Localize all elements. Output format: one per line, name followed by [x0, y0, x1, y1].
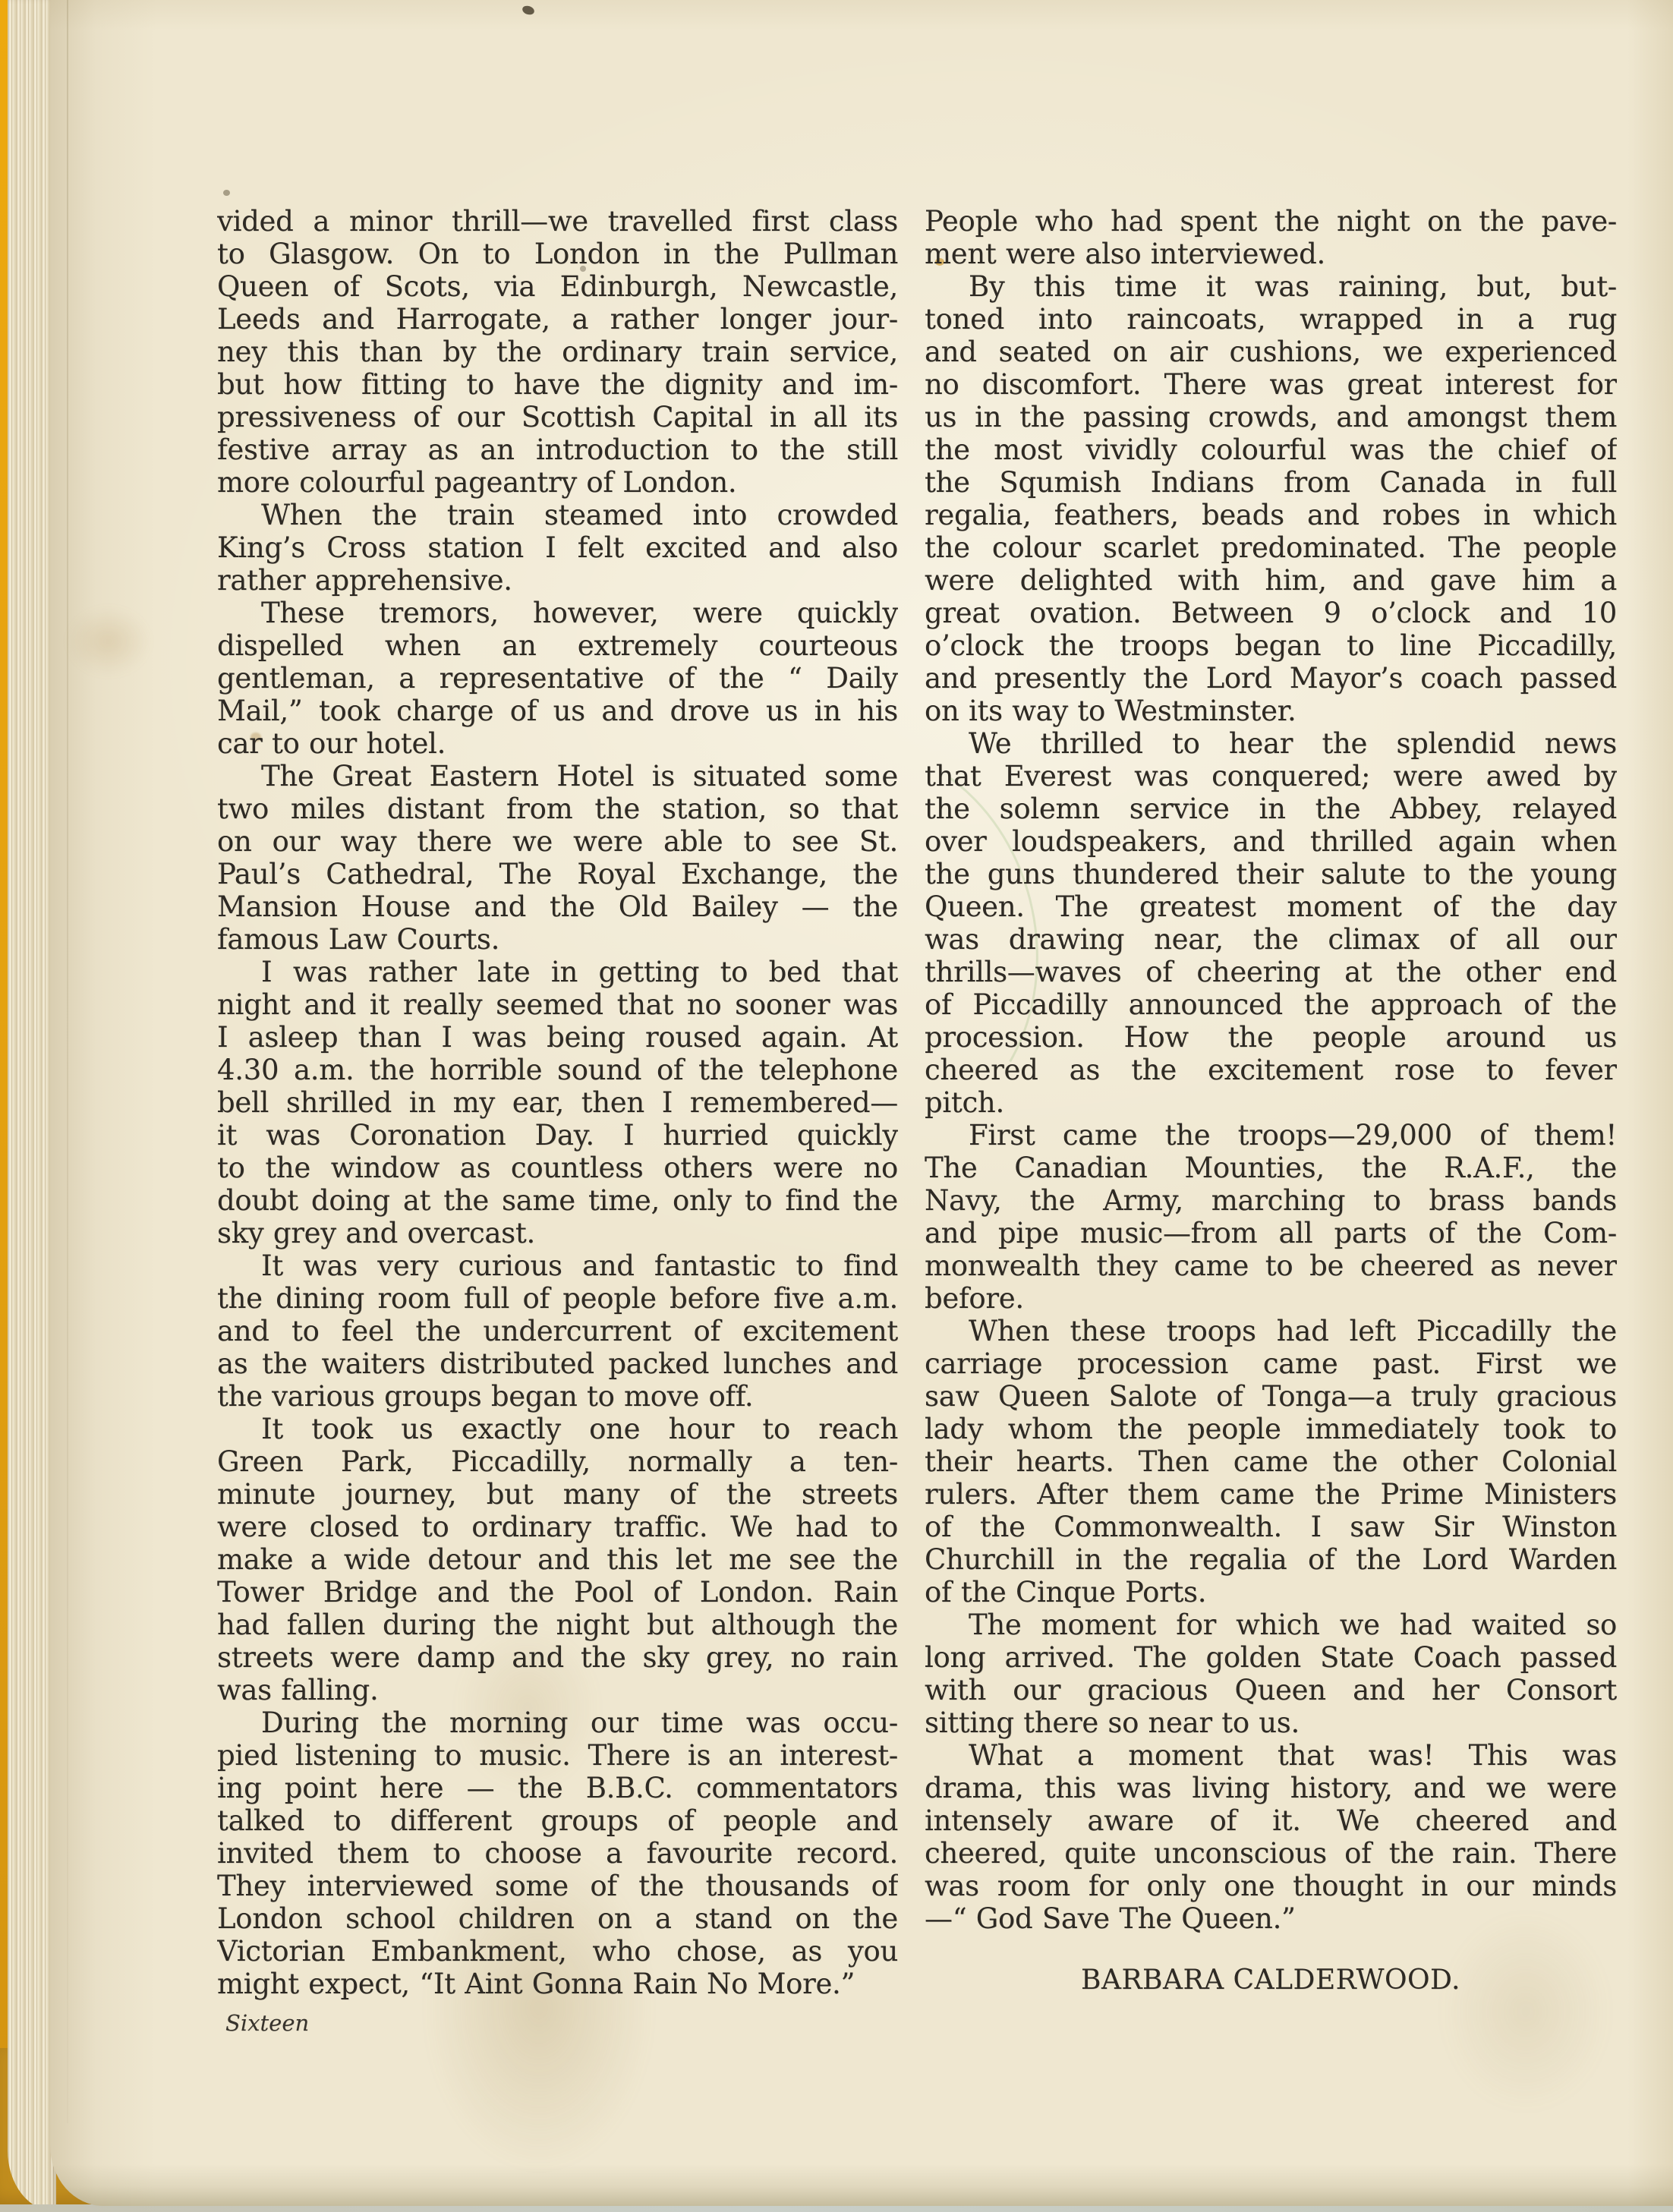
text-line: What a moment that was! This was [925, 1739, 1617, 1772]
text-line: on its way to Westminster. [925, 695, 1617, 727]
text-line: to Glasgow. On to London in the Pullman [217, 238, 898, 270]
text-line: The Great Eastern Hotel is situated some [217, 760, 898, 792]
paragraph: These tremors, however, were quicklydisp… [217, 597, 898, 760]
text-line: Victorian Embankment, who chose, as you [217, 1935, 898, 1968]
text-line: When the train steamed into crowded [217, 499, 898, 531]
text-line: was drawing near, the climax of all our [925, 923, 1617, 956]
text-line: intensely aware of it. We cheered and [925, 1804, 1617, 1837]
text-line: thrills—waves of cheering at the other e… [925, 956, 1617, 988]
text-line: King’s Cross station I felt excited and … [217, 531, 898, 564]
text-line: more colourful pageantry of London. [217, 466, 898, 499]
text-line: ing point here — the B.B.C. commentators [217, 1772, 898, 1804]
text-line: and to feel the undercurrent of exciteme… [217, 1315, 898, 1347]
text-line: were delighted with him, and gave him a [925, 564, 1617, 597]
text-line: Leeds and Harrogate, a rather longer jou… [217, 303, 898, 336]
text-line: Green Park, Piccadilly, normally a ten- [217, 1445, 898, 1478]
text-line: The moment for which we had waited so [925, 1609, 1617, 1641]
text-line: I was rather late in getting to bed that [217, 956, 898, 988]
text-line: rather apprehensive. [217, 564, 898, 597]
paragraph: vided a minor thrill—we travelled first … [217, 205, 898, 499]
text-line: famous Law Courts. [217, 923, 898, 956]
text-line: rulers. After them came the Prime Minist… [925, 1478, 1617, 1511]
text-line: was room for only one thought in our min… [925, 1870, 1617, 1902]
text-line: the various groups began to move off. [217, 1380, 898, 1413]
text-line: it was Coronation Day. I hurried quickly [217, 1119, 898, 1152]
text-line: bell shrilled in my ear, then I remember… [217, 1086, 898, 1119]
text-line: of the Commonwealth. I saw Sir Winston [925, 1511, 1617, 1543]
text-line: the dining room full of people before fi… [217, 1282, 898, 1315]
text-line: their hearts. Then came the other Coloni… [925, 1445, 1617, 1478]
text-line: of Piccadilly announced the approach of … [925, 988, 1617, 1021]
paragraph: During the morning our time was occu-pie… [217, 1706, 898, 2000]
text-line: Paul’s Cathedral, The Royal Exchange, th… [217, 858, 898, 890]
text-line: Mail,” took charge of us and drove us in… [217, 695, 898, 727]
text-line: Queen. The greatest moment of the day [925, 890, 1617, 923]
text-line: First came the troops—29,000 of them! [925, 1119, 1617, 1152]
paragraph: The moment for which we had waited solon… [925, 1609, 1617, 1739]
text-line: before. [925, 1282, 1617, 1315]
text-line: During the morning our time was occu- [217, 1706, 898, 1739]
text-line: great ovation. Between 9 o’clock and 10 [925, 597, 1617, 629]
text-line: —“ God Save The Queen.” [925, 1902, 1617, 1935]
text-line: on our way there we were able to see St. [217, 825, 898, 858]
text-line: London school children on a stand on the [217, 1902, 898, 1935]
text-line: By this time it was raining, but, but- [925, 270, 1617, 303]
text-line: The Canadian Mounties, the R.A.F., the [925, 1152, 1617, 1184]
text-line: Tower Bridge and the Pool of London. Rai… [217, 1576, 898, 1609]
text-line: vided a minor thrill—we travelled first … [217, 205, 898, 238]
text-line: the most vividly colourful was the chief… [925, 433, 1617, 466]
text-line: Mansion House and the Old Bailey — the [217, 890, 898, 923]
text-line: over loudspeakers, and thrilled again wh… [925, 825, 1617, 858]
text-line: lady whom the people immediately took to [925, 1413, 1617, 1445]
text-line: us in the passing crowds, and amongst th… [925, 401, 1617, 433]
text-line: When these troops had left Piccadilly th… [925, 1315, 1617, 1347]
text-line: of the Cinque Ports. [925, 1576, 1617, 1609]
text-line: Queen of Scots, via Edinburgh, Newcastle… [217, 270, 898, 303]
text-line: saw Queen Salote of Tonga—a truly gracio… [925, 1380, 1617, 1413]
text-line: to the window as countless others were n… [217, 1152, 898, 1184]
text-line: It was very curious and fantastic to fin… [217, 1249, 898, 1282]
text-line: was falling. [217, 1674, 898, 1706]
text-line: pied listening to music. There is an int… [217, 1739, 898, 1772]
paragraph: It took us exactly one hour to reachGree… [217, 1413, 898, 1706]
text-line: regalia, feathers, beads and robes in wh… [925, 499, 1617, 531]
paragraph: By this time it was raining, but, but-to… [925, 270, 1617, 727]
text-line: with our gracious Queen and her Consort [925, 1674, 1617, 1706]
text-line: night and it really seemed that no soone… [217, 988, 898, 1021]
text-line: but how fitting to have the dignity and … [217, 368, 898, 401]
text-line: procession. How the people around us [925, 1021, 1617, 1054]
paragraph: When the train steamed into crowdedKing’… [217, 499, 898, 597]
paragraph: I was rather late in getting to bed that… [217, 956, 898, 1249]
text-line: might expect, “It Aint Gonna Rain No Mor… [217, 1968, 898, 2000]
text-line: drama, this was living history, and we w… [925, 1772, 1617, 1804]
text-line: two miles distant from the station, so t… [217, 792, 898, 825]
text-line: cheered, quite unconscious of the rain. … [925, 1837, 1617, 1870]
page-crease [67, 0, 68, 2123]
text-line: We thrilled to hear the splendid news [925, 727, 1617, 760]
text-line: dispelled when an extremely courteous [217, 629, 898, 662]
text-line: 4.30 a.m. the horrible sound of the tele… [217, 1054, 898, 1086]
author-signature: BARBARA CALDERWOOD. [925, 1965, 1617, 1996]
text-line: gentleman, a representative of the “ Dai… [217, 662, 898, 695]
text-line: carriage procession came past. First we [925, 1347, 1617, 1380]
text-line: minute journey, but many of the streets [217, 1478, 898, 1511]
scanned-page: vided a minor thrill—we travelled first … [0, 0, 1673, 2212]
text-line: and seated on air cushions, we experienc… [925, 336, 1617, 368]
text-line: cheered as the excitement rose to fever [925, 1054, 1617, 1086]
paragraph: First came the troops—29,000 of them!The… [925, 1119, 1617, 1315]
text-line: ney this than by the ordinary train serv… [217, 336, 898, 368]
text-line: festive array as an introduction to the … [217, 433, 898, 466]
text-line: no discomfort. There was great interest … [925, 368, 1617, 401]
text-line: the Squmish Indians from Canada in full [925, 466, 1617, 499]
text-line: o’clock the troops began to line Piccadi… [925, 629, 1617, 662]
text-line: Navy, the Army, marching to brass bands [925, 1184, 1617, 1217]
text-line: that Everest was conquered; were awed by [925, 760, 1617, 792]
text-line: had fallen during the night but although… [217, 1609, 898, 1641]
text-line: the colour scarlet predominated. The peo… [925, 531, 1617, 564]
text-line: Churchill in the regalia of the Lord War… [925, 1543, 1617, 1576]
text-line: toned into raincoats, wrapped in a rug [925, 303, 1617, 336]
text-line: invited them to choose a favourite recor… [217, 1837, 898, 1870]
text-line: long arrived. The golden State Coach pas… [925, 1641, 1617, 1674]
column-left: vided a minor thrill—we travelled first … [217, 205, 898, 2000]
text-line: pitch. [925, 1086, 1617, 1119]
text-line: and presently the Lord Mayor’s coach pas… [925, 662, 1617, 695]
text-line: were closed to ordinary traffic. We had … [217, 1511, 898, 1543]
text-line: the solemn service in the Abbey, relayed [925, 792, 1617, 825]
text-line: These tremors, however, were quickly [217, 597, 898, 629]
text-line: ment were also interviewed. [925, 238, 1617, 270]
column-right: People who had spent the night on the pa… [925, 205, 1617, 1935]
text-line: as the waiters distributed packed lunche… [217, 1347, 898, 1380]
text-line: talked to different groups of people and [217, 1804, 898, 1837]
text-line: It took us exactly one hour to reach [217, 1413, 898, 1445]
text-line: They interviewed some of the thousands o… [217, 1870, 898, 1902]
text-line: and pipe music—from all parts of the Com… [925, 1217, 1617, 1249]
text-line: doubt doing at the same time, only to fi… [217, 1184, 898, 1217]
paragraph: When these troops had left Piccadilly th… [925, 1315, 1617, 1609]
paragraph: What a moment that was! This wasdrama, t… [925, 1739, 1617, 1935]
paragraph: The Great Eastern Hotel is situated some… [217, 760, 898, 956]
text-line: monwealth they came to be cheered as nev… [925, 1249, 1617, 1282]
text-line: I asleep than I was being roused again. … [217, 1021, 898, 1054]
text-line: sitting there so near to us. [925, 1706, 1617, 1739]
text-line: People who had spent the night on the pa… [925, 205, 1617, 238]
paragraph: It was very curious and fantastic to fin… [217, 1249, 898, 1413]
text-line: streets were damp and the sky grey, no r… [217, 1641, 898, 1674]
text-line: car to our hotel. [217, 727, 898, 760]
page-stack-edges [8, 0, 56, 2212]
page-number: Sixteen [225, 2010, 309, 2036]
paragraph: We thrilled to hear the splendid newstha… [925, 727, 1617, 1119]
paragraph: People who had spent the night on the pa… [925, 205, 1617, 270]
text-line: the guns thundered their salute to the y… [925, 858, 1617, 890]
text-line: pressiveness of our Scottish Capital in … [217, 401, 898, 433]
text-line: sky grey and overcast. [217, 1217, 898, 1249]
text-line: make a wide detour and this let me see t… [217, 1543, 898, 1576]
